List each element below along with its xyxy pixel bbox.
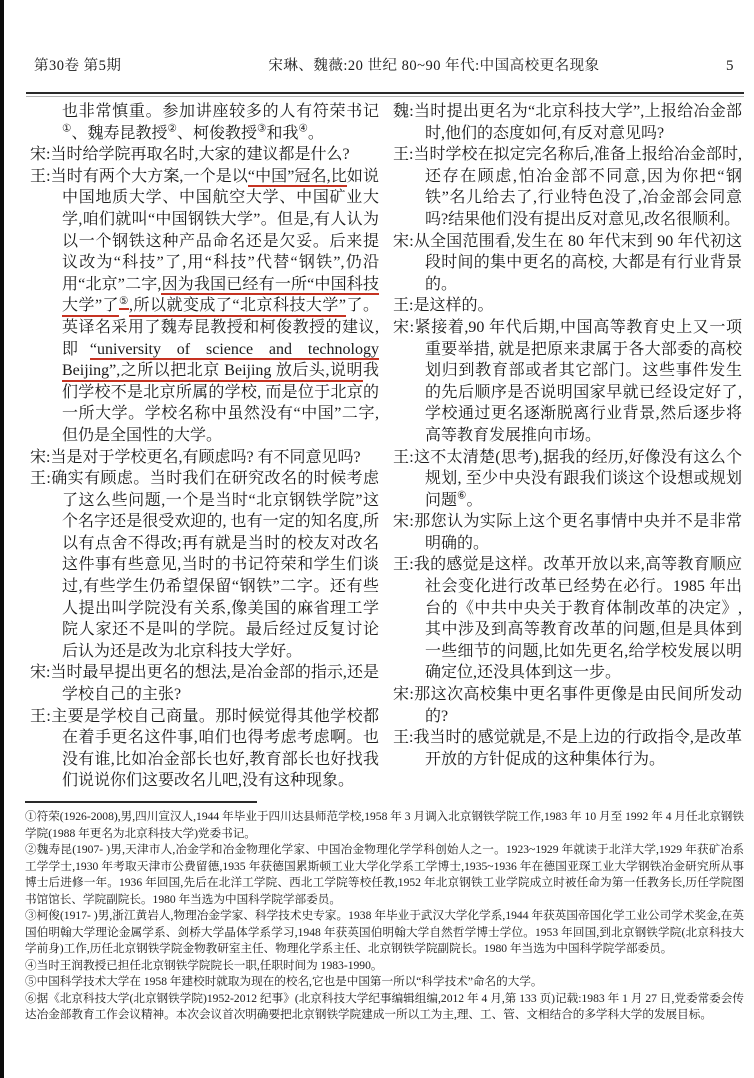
footnote-separator: [25, 801, 257, 803]
dialogue-paragraph: 王:当时学校在拟定完名称后,准备上报给冶金部时,还存在顾虑,怕冶金部不同意,因为…: [393, 144, 742, 230]
footnote-ref: ④: [298, 123, 307, 134]
page-header: 第30卷 第5期 宋琳、魏薇:20 世纪 80~90 年代:中国高校更名现象 5: [34, 54, 734, 75]
dialogue-text: 我当时的感觉就是,不是上边的行政指令,是改革开放的方针促成的这种集体行为。: [413, 729, 742, 768]
footnote: ③柯俊(1917- )男,浙江黄岩人,物理冶金学家、科学技术史专家。1938 年…: [25, 908, 744, 958]
underlined-text: “university of science and technology Be…: [62, 341, 379, 382]
dialogue-text: 那您认为实际上这个更名事情中央并不是非常明确的。: [414, 513, 742, 552]
dialogue-paragraph: 王:确实有顾虑。当时我们在研究改名的时候考虑了这么些问题,一个是当时“北京钢铁学…: [30, 468, 379, 662]
dialogue-text: 和我: [266, 125, 298, 142]
speaker-label: 宋:: [393, 233, 414, 250]
header-rule-shadow: [26, 96, 744, 97]
dialogue-paragraph: 宋:紧接着,90 年代后期,中国高等教育史上又一项重要举措, 就是把原来隶属于各…: [393, 317, 742, 447]
dialogue-paragraph: 也非常慎重。参加讲座较多的人有符荣书记①、魏寿昆教授②、柯俊教授③和我④。: [30, 101, 379, 144]
speaker-label: 王:: [30, 470, 51, 487]
dialogue-text: 、魏寿昆教授: [71, 125, 167, 142]
volume-issue: 第30卷 第5期: [34, 54, 194, 75]
dialogue-text: 从全国范围看,发生在 80 年代末到 90 年代初这段时间的集中更名的高校, 大…: [414, 233, 742, 293]
dialogue-text: 确实有顾虑。当时我们在研究改名的时候考虑了这么些问题,一个是当时“北京钢铁学院”…: [51, 470, 379, 660]
underlined-text: ,所以就变成了“北京科技大学”: [129, 297, 346, 317]
footnote-ref: ②: [167, 123, 176, 134]
right-column: 魏:当时提出更名为“北京科技大学”,上报给冶金部时,他们的态度如何,有反对意见吗…: [393, 101, 742, 801]
dialogue-paragraph: 宋:当是对于学校更名,有顾虑吗? 有不同意见吗?: [30, 447, 379, 469]
dialogue-text: 主要是学校自己商量。那时候觉得其他学校都在着手更名这件事,咱们也得考虑考虑啊。也…: [51, 708, 379, 790]
speaker-label: 魏:: [393, 103, 414, 120]
footnote: ②魏寿昆(1907- )男,天津市人,冶金学和冶金物理化学家、中国冶金物理化学学…: [25, 842, 744, 908]
dialogue-paragraph: 王:我当时的感觉就是,不是上边的行政指令,是改革开放的方针促成的这种集体行为。: [393, 727, 742, 770]
speaker-label: 王:: [30, 168, 51, 185]
speaker-label: 宋:: [30, 449, 50, 466]
dialogue-text: 。: [308, 125, 324, 142]
footnote-ref: ⑤: [119, 296, 129, 310]
speaker-label: 王:: [393, 729, 413, 746]
footnote: ⑤中国科学技术大学在 1958 年建校时就取为现在的校名,它也是中国第一所以“科…: [25, 974, 744, 991]
dialogue-paragraph: 王:这不太清楚(思考),据我的经历,好像没有这么个规划, 至少中央没有跟我们谈这…: [393, 447, 742, 512]
speaker-label: 宋:: [393, 319, 414, 336]
dialogue-text: 当时给学院再取名时,大家的建议都是什么?: [50, 146, 349, 163]
dialogue-text: 是这样的。: [413, 297, 493, 314]
dialogue-text: 当时有两个大方案,一个是以: [51, 168, 248, 185]
dialogue-text: 那这次高校集中更名事件更像是由民间所发动的?: [414, 686, 742, 725]
footnote: ⑥据《北京科技大学(北京钢铁学院)1952-2012 纪事》(北京科技大学纪事编…: [25, 991, 744, 1024]
speaker-label: 宋:: [30, 664, 50, 681]
dialogue-text: 也非常慎重。参加讲座较多的人有符荣书记: [62, 103, 379, 120]
speaker-label: 王:: [393, 449, 414, 466]
scan-edge-artifact: [0, 0, 4, 1078]
footnotes: ①符荣(1926-2008),男,四川宣汉人,1944 年毕业于四川达县师范学校…: [25, 809, 744, 1024]
speaker-label: 王:: [393, 146, 413, 163]
dialogue-text: 当是对于学校更名,有顾虑吗? 有不同意见吗?: [50, 449, 360, 466]
underlined-text: “中国”冠名,比: [248, 168, 347, 188]
dialogue-text: 。: [466, 492, 482, 509]
page-number: 5: [674, 58, 734, 75]
dialogue-paragraph: 王:主要是学校自己商量。那时候觉得其他学校都在着手更名这件事,咱们也得考虑考虑啊…: [30, 706, 379, 792]
dialogue-paragraph: 宋:那您认为实际上这个更名事情中央并不是非常明确的。: [393, 511, 742, 554]
dialogue-paragraph: 王:当时有两个大方案,一个是以“中国”冠名,比如说中国地质大学、中国航空大学、中…: [30, 166, 379, 447]
dialogue-paragraph: 王:我的感觉是这样。改革开放以来,高等教育顺应社会变化进行改革已经势在必行。19…: [393, 554, 742, 684]
speaker-label: 宋:: [393, 686, 414, 703]
left-column: 也非常慎重。参加讲座较多的人有符荣书记①、魏寿昆教授②、柯俊教授③和我④。宋:当…: [30, 101, 379, 801]
dialogue-text: 我的感觉是这样。改革开放以来,高等教育顺应社会变化进行改革已经势在必行。1985…: [414, 556, 742, 681]
dialogue-text: 当时学校在拟定完名称后,准备上报给冶金部时,还存在顾虑,怕冶金部不同意,因为你把…: [413, 146, 742, 228]
speaker-label: 王:: [393, 556, 414, 573]
dialogue-text: 当时提出更名为“北京科技大学”,上报给冶金部时,他们的态度如何,有反对意见吗?: [414, 103, 742, 142]
dialogue-text: 紧接着,90 年代后期,中国高等教育史上又一项重要举措, 就是把原来隶属于各大部…: [414, 319, 742, 444]
dialogue-text: 当时最早提出更名的想法,是冶金部的指示,还是学校自己的主张?: [50, 664, 379, 703]
header-rule: [26, 92, 744, 94]
footnote: ①符荣(1926-2008),男,四川宣汉人,1944 年毕业于四川达县师范学校…: [25, 809, 744, 842]
speaker-label: 王:: [30, 708, 51, 725]
dialogue-paragraph: 魏:当时提出更名为“北京科技大学”,上报给冶金部时,他们的态度如何,有反对意见吗…: [393, 101, 742, 144]
dialogue-paragraph: 宋:从全国范围看,发生在 80 年代末到 90 年代初这段时间的集中更名的高校,…: [393, 231, 742, 296]
speaker-label: 王:: [393, 297, 413, 314]
footnote: ④当时王润教授已担任北京钢铁学院院长一职,任职时间为 1983-1990。: [25, 958, 744, 975]
journal-page: 第30卷 第5期 宋琳、魏薇:20 世纪 80~90 年代:中国高校更名现象 5…: [0, 0, 754, 1078]
dialogue-content: 也非常慎重。参加讲座较多的人有符荣书记①、魏寿昆教授②、柯俊教授③和我④。宋:当…: [30, 101, 742, 801]
running-title: 宋琳、魏薇:20 世纪 80~90 年代:中国高校更名现象: [194, 54, 674, 75]
dialogue-paragraph: 宋:那这次高校集中更名事件更像是由民间所发动的?: [393, 684, 742, 727]
speaker-label: 宋:: [30, 146, 50, 163]
dialogue-paragraph: 宋:当时给学院再取名时,大家的建议都是什么?: [30, 144, 379, 166]
speaker-label: 宋:: [393, 513, 414, 530]
dialogue-paragraph: 宋:当时最早提出更名的想法,是冶金部的指示,还是学校自己的主张?: [30, 662, 379, 705]
dialogue-text: 、柯俊教授: [177, 125, 257, 142]
dialogue-paragraph: 王:是这样的。: [393, 295, 742, 317]
dialogue-text: 如说中国地质大学、中国航空大学、中国矿业大学,咱们就叫“中国钢铁大学”。但是,有…: [62, 168, 379, 293]
